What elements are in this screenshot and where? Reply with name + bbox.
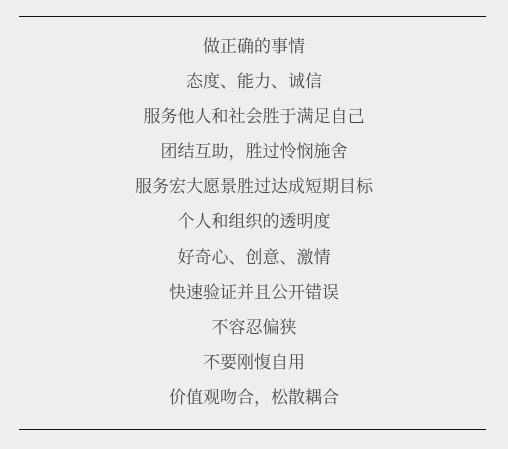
value-line: 价值观吻合，松散耦合	[0, 381, 508, 416]
bottom-divider	[19, 429, 486, 430]
values-list: 做正确的事情 态度、能力、诚信 服务他人和社会胜于满足自己 团结互助，胜过怜悯施…	[0, 30, 508, 416]
value-line: 服务宏大愿景胜过达成短期目标	[0, 170, 508, 205]
values-document: 做正确的事情 态度、能力、诚信 服务他人和社会胜于满足自己 团结互助，胜过怜悯施…	[0, 0, 508, 449]
value-line: 态度、能力、诚信	[0, 65, 508, 100]
value-line: 不容忍偏狭	[0, 311, 508, 346]
value-line: 服务他人和社会胜于满足自己	[0, 100, 508, 135]
value-line: 团结互助，胜过怜悯施舍	[0, 135, 508, 170]
top-divider	[19, 16, 486, 17]
value-line: 不要刚愎自用	[0, 346, 508, 381]
value-line: 做正确的事情	[0, 30, 508, 65]
value-line: 个人和组织的透明度	[0, 205, 508, 240]
value-line: 好奇心、创意、激情	[0, 241, 508, 276]
value-line: 快速验证并且公开错误	[0, 276, 508, 311]
